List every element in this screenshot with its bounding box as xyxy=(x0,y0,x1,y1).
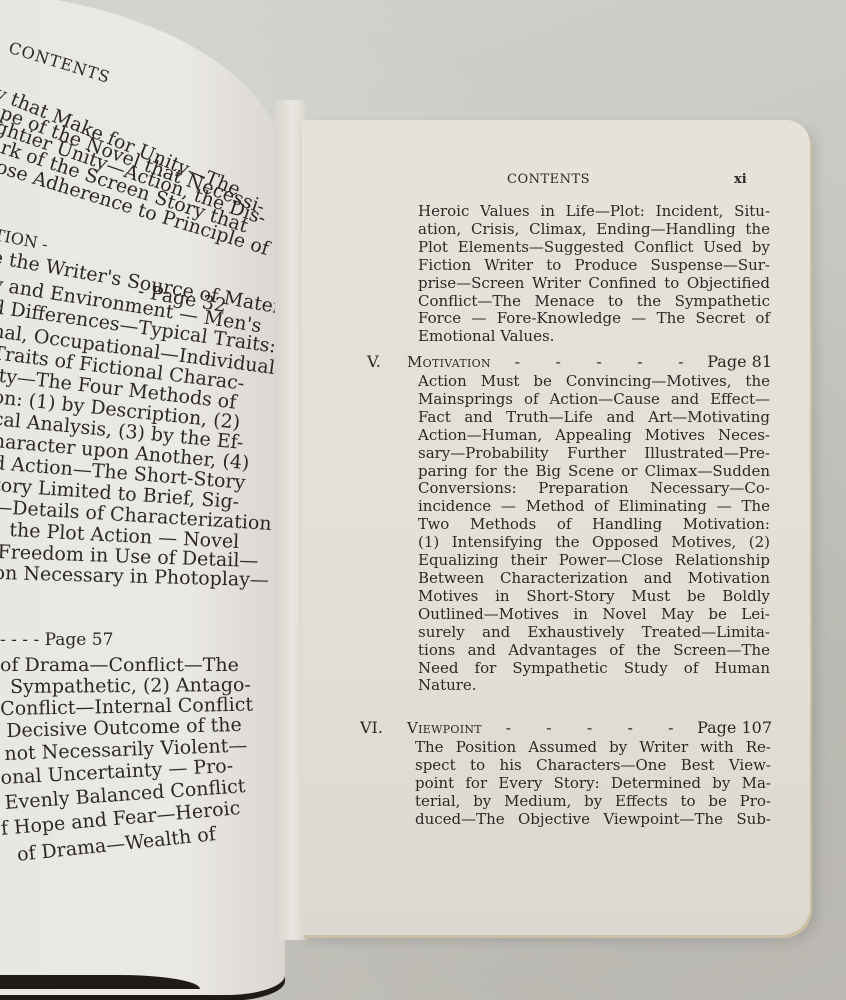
toc-line: Plot Elements—Suggested Conflict Used by xyxy=(418,239,770,257)
toc-line: Conflict—The Menace to the Sympathetic xyxy=(418,293,770,311)
chapter-number: VI. xyxy=(360,718,407,737)
continuation-block: Heroic Values in Life—Plot: Incident, Si… xyxy=(418,203,770,346)
chapter-number: V. xyxy=(367,352,407,371)
toc-line: Conversions: Preparation Necessary—Co- xyxy=(418,480,770,498)
left-line: of Drama—Conflict—The xyxy=(0,654,239,676)
book-cover-edge xyxy=(0,975,200,989)
chapter-title: Motivation xyxy=(407,353,491,371)
chapter-heading-vi: VI. Viewpoint ----- Page 107 xyxy=(360,718,772,737)
toc-line: point for Every Story: Determined by Ma- xyxy=(415,775,771,793)
toc-line: Fiction Writer to Produce Suspense—Sur- xyxy=(418,257,770,275)
toc-line: tions and Advantages of the Screen—The xyxy=(418,642,770,660)
toc-line: incidence — Method of Eliminating — The xyxy=(418,498,770,516)
toc-line: Outlined—Motives in Novel May be Lei- xyxy=(418,606,770,624)
left-page-text: CONTENTS y that Make for Unity—The ope o… xyxy=(0,0,285,990)
chapter-vi-synopsis: The Position Assumed by Writer with Re- … xyxy=(415,739,771,829)
toc-line: sary—Probability Further Illustrated—Pre… xyxy=(418,445,770,463)
chapter-heading-v: V. Motivation ----- Page 81 xyxy=(367,352,772,371)
toc-line: Between Characterization and Motivation xyxy=(418,570,770,588)
toc-line: spect to his Characters—One Best View- xyxy=(415,757,771,775)
page-number: xi xyxy=(734,172,747,187)
chapter-v-synopsis: Action Must be Convincing—Motives, the M… xyxy=(418,373,770,695)
toc-line: Force — Fore-Knowledge — The Secret of xyxy=(418,310,770,328)
toc-line: (1) Intensifying the Opposed Motives, (2… xyxy=(418,534,770,552)
toc-line: duced—The Objective Viewpoint—The Sub- xyxy=(415,811,771,829)
toc-line: Nature. xyxy=(418,677,770,695)
toc-line: Emotional Values. xyxy=(418,328,770,346)
leader-dashes: ----- xyxy=(491,352,707,371)
toc-line: Heroic Values in Life—Plot: Incident, Si… xyxy=(418,203,770,221)
chapter-page-ref: Page 81 xyxy=(707,352,772,371)
toc-line: surely and Exhaustively Treated—Limita- xyxy=(418,624,770,642)
toc-line: Fact and Truth—Life and Art—Motivating xyxy=(418,409,770,427)
right-page: CONTENTS xi Heroic Values in Life—Plot: … xyxy=(302,120,810,935)
left-page: CONTENTS y that Make for Unity—The ope o… xyxy=(0,0,285,995)
toc-line: The Position Assumed by Writer with Re- xyxy=(415,739,771,757)
chapter-title: Viewpoint xyxy=(407,719,482,737)
toc-line: Motives in Short-Story Must be Boldly xyxy=(418,588,770,606)
toc-line: Equalizing their Power—Close Relationshi… xyxy=(418,552,770,570)
toc-line: terial, by Medium, by Effects to be Pro- xyxy=(415,793,771,811)
left-running-head: CONTENTS xyxy=(6,38,112,87)
left-page-ref: - - - - Page 57 xyxy=(0,630,113,650)
toc-line: Action—Human, Appealing Motives Neces- xyxy=(418,427,770,445)
toc-line: Need for Sympathetic Study of Human xyxy=(418,660,770,678)
toc-line: Two Methods of Handling Motivation: xyxy=(418,516,770,534)
toc-line: prise—Screen Writer Confined to Objectif… xyxy=(418,275,770,293)
chapter-page-ref: Page 107 xyxy=(697,718,772,737)
running-head: CONTENTS xyxy=(507,172,590,187)
book-gutter xyxy=(275,100,305,940)
toc-line: Mainsprings of Action—Cause and Effect— xyxy=(418,391,770,409)
leader-dashes: ----- xyxy=(482,718,697,737)
toc-line: Action Must be Convincing—Motives, the xyxy=(418,373,770,391)
toc-line: ation, Crisis, Climax, Ending—Handling t… xyxy=(418,221,770,239)
toc-line: paring for the Big Scene or Climax—Sudde… xyxy=(418,463,770,481)
